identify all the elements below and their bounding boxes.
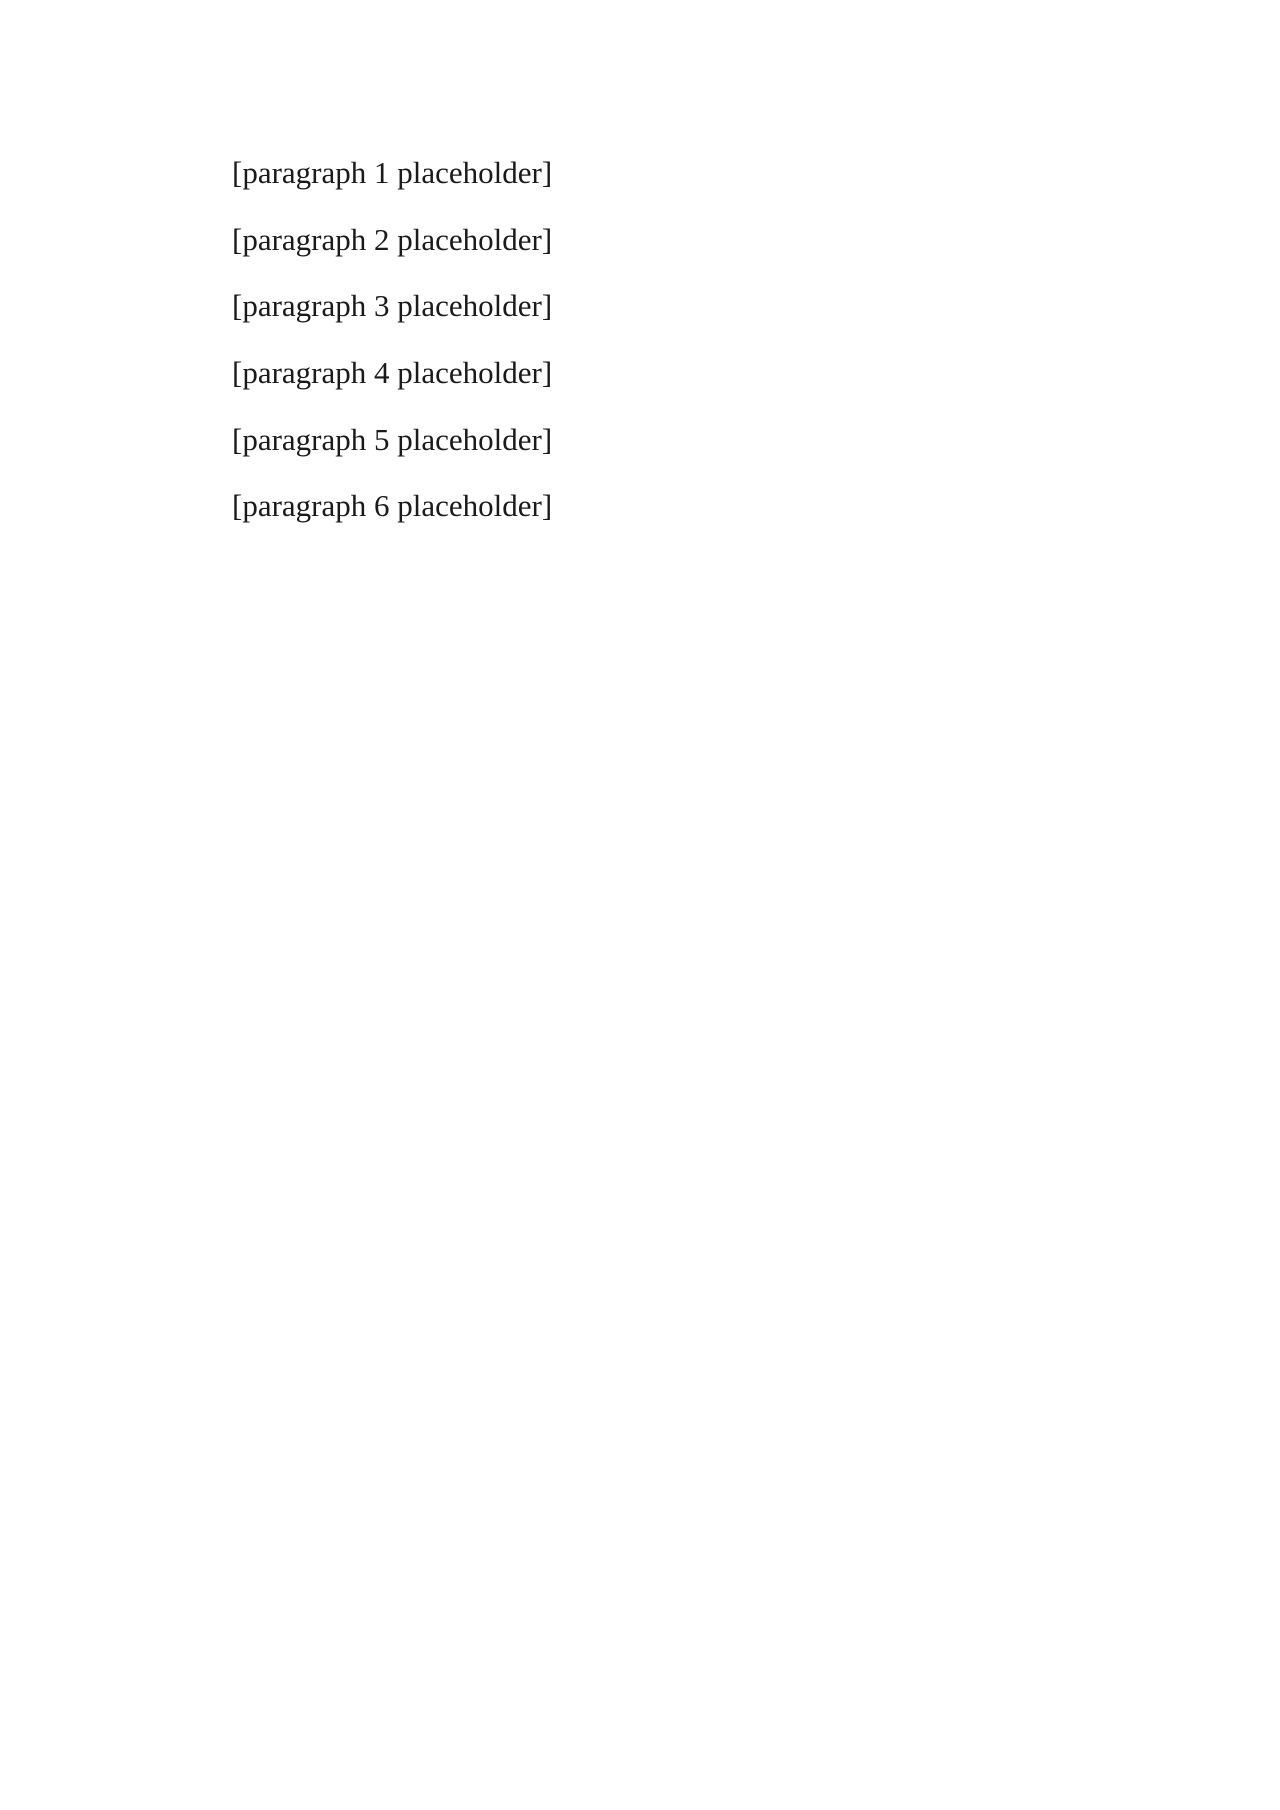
document-page: [paragraph 1 placeholder][paragraph 2 pl… — [0, 0, 1280, 1810]
body-paragraph: [paragraph 3 placeholder] — [170, 273, 1110, 340]
body-paragraph: [paragraph 4 placeholder] — [170, 340, 1110, 407]
body-paragraph: [paragraph 5 placeholder] — [170, 407, 1110, 474]
body-paragraph: [paragraph 6 placeholder] — [170, 473, 1110, 540]
body-paragraph: [paragraph 2 placeholder] — [170, 207, 1110, 274]
body-paragraph: [paragraph 1 placeholder] — [170, 140, 1110, 207]
